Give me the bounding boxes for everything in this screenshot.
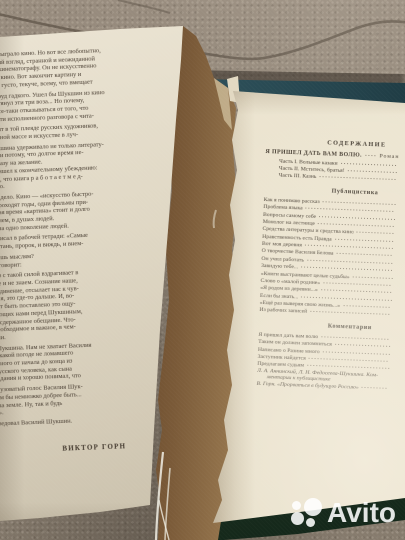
photo-of-open-book: дать сыграло кино. Но вот все любопытно,… (0, 0, 405, 540)
avito-watermark-text: Avito (327, 497, 396, 529)
avito-logo-icon (291, 498, 324, 528)
avito-watermark: Avito (291, 497, 396, 529)
